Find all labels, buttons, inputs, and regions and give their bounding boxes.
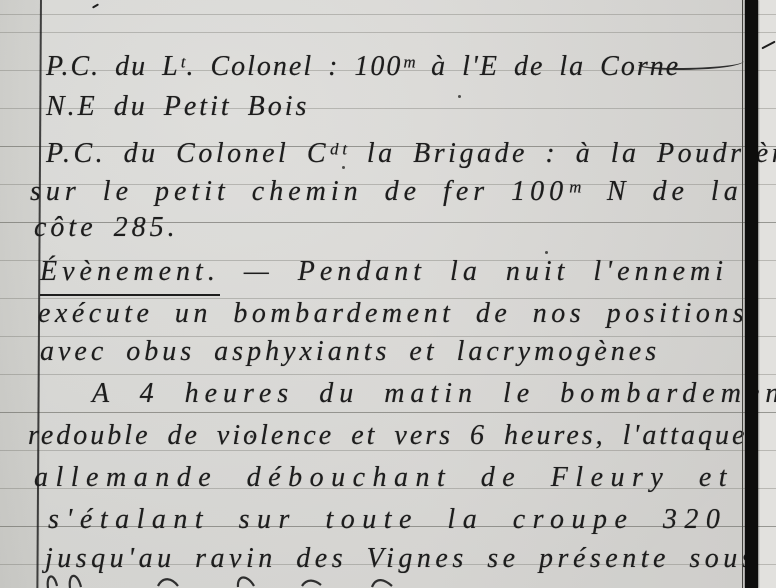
ink-speck	[458, 95, 461, 98]
handwriting-line-cote-285: côte 285.	[34, 211, 179, 245]
ruled-line	[0, 412, 776, 413]
handwriting-line-4-heures: A 4 heures du matin le bombardement	[92, 377, 776, 411]
journal-scan-page: P.C. du Lᵗ. Colonel : 100ᵐ à l'E de la C…	[0, 0, 776, 588]
partial-cropped-line	[40, 570, 440, 588]
left-margin	[0, 0, 40, 588]
section-label-evenement: Évènement.	[40, 255, 220, 296]
handwriting-evenement-rest: — Pendant la nuit l'ennemi	[244, 256, 728, 287]
handwriting-line-obus: avec obus asphyxiants et lacrymogènes	[40, 335, 660, 369]
handwriting-line-pc-lt-colonel: P.C. du Lᵗ. Colonel : 100ᵐ à l'E de la C…	[46, 50, 680, 84]
handwriting-line-bombardement: exécute un bombardement de nos positions	[38, 297, 748, 331]
ink-speck	[545, 251, 548, 254]
right-edge-line	[742, 0, 743, 588]
ink-speck	[250, 435, 253, 438]
binding-bar	[745, 0, 758, 588]
handwriting-line-redouble: redouble de violence et vers 6 heures, l…	[28, 419, 747, 453]
handwriting-line-allemande: allemande débouchant de Fleury et	[34, 461, 734, 495]
ink-speck	[342, 166, 345, 169]
handwriting-line-evenement: Évènement.— Pendant la nuit l'ennemi	[40, 255, 728, 296]
handwriting-line-etalant: s'étalant sur toute la croupe 320	[48, 503, 727, 537]
handwriting-line-pc-colonel-brigade: P.C. du Colonel Cᵈᵗ la Brigade : à la Po…	[46, 137, 776, 171]
handwriting-line-chemin-de-fer: sur le petit chemin de fer 100ᵐ N de la	[30, 175, 743, 209]
handwriting-line-ne-petit-bois: N.E du Petit Bois	[46, 90, 309, 124]
